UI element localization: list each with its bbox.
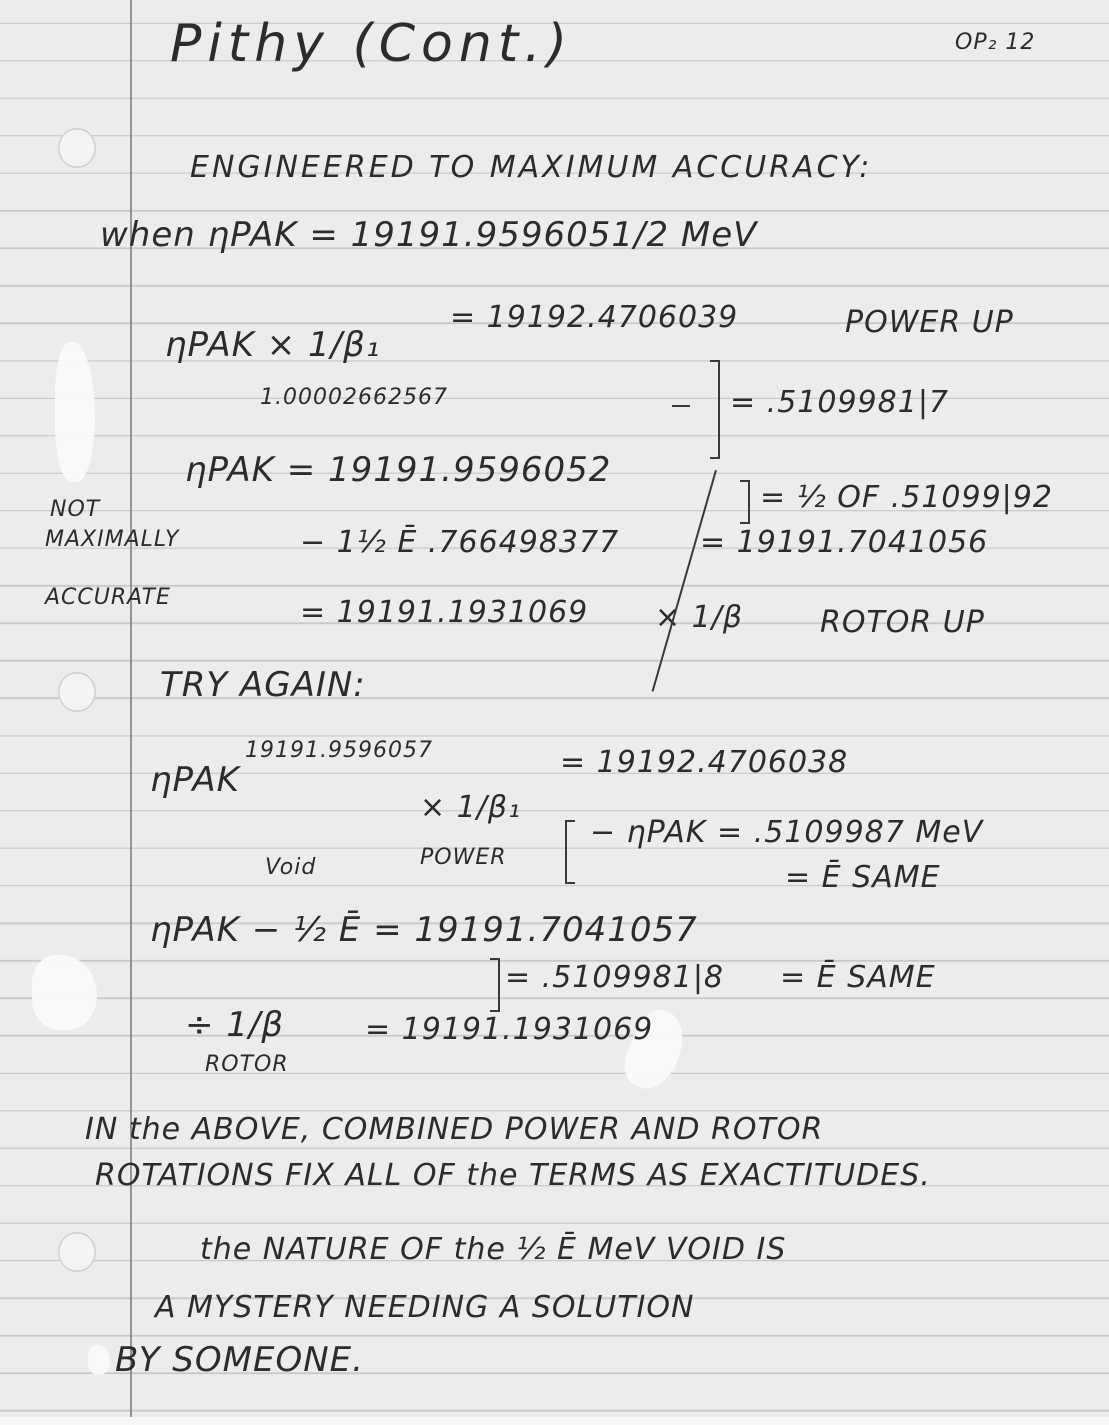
block1-result: = 19192.4706039 [450, 300, 738, 335]
block1-diff: = .5109981|7 [730, 385, 949, 420]
page-title: Pithy (Cont.) [170, 14, 573, 74]
page-edge [0, 1417, 1109, 1425]
block2-equals-line: = 19191.1931069 [300, 595, 588, 630]
block2-half-diff: = ½ OF .51099|92 [760, 480, 1053, 515]
margin-line [130, 0, 132, 1425]
block3-eta-label: ηPAK [150, 760, 240, 800]
when-line: when ηPAK = 19191.9596051/2 MeV [100, 215, 757, 255]
block2-minus-result: = 19191.7041056 [700, 525, 988, 560]
block3-times-beta: × 1/β₁ [420, 790, 521, 825]
binder-hole [58, 672, 96, 712]
side-note-line1: NOT [50, 497, 100, 522]
block4-rotor-label: ROTOR [205, 1052, 289, 1077]
block3-minus-eta: − ηPAK = .5109987 MeV [590, 815, 983, 850]
block4-e-same: = Ē SAME [780, 960, 936, 995]
whiteout-smudge [32, 955, 97, 1030]
minus-sign [672, 405, 690, 407]
closing-line1: the NATURE OF the ½ Ē MeV VOID IS [200, 1232, 786, 1267]
bracket [490, 958, 500, 1012]
block2-lhs: ηPAK = 19191.9596052 [185, 450, 611, 490]
block4-div-result: = 19191.1931069 [365, 1012, 653, 1047]
try-again-label: TRY AGAIN: [160, 665, 366, 705]
block2-rotor-note: ROTOR UP [820, 605, 985, 640]
block3-eta-value: 19191.9596057 [245, 738, 433, 763]
block2-minus-line: − 1½ Ē .766498377 [300, 525, 619, 560]
notebook-page: Pithy (Cont.) OP₂ 12 ENGINEERED TO MAXIM… [0, 0, 1109, 1425]
side-note-line3: ACCURATE [45, 585, 171, 610]
block3-result: = 19192.4706038 [560, 745, 848, 780]
block4-diff: = .5109981|8 [505, 960, 724, 995]
block3-power-label: POWER [420, 845, 507, 870]
block1-note: POWER UP [845, 305, 1014, 340]
block3-e-same: = Ē SAME [785, 860, 941, 895]
block4-div-beta: ÷ 1/β [185, 1005, 284, 1045]
brace [565, 820, 575, 884]
side-note-line2: MAXIMALLY [45, 527, 179, 552]
closing-line3: BY SOMEONE. [115, 1340, 364, 1380]
whiteout-smudge [55, 342, 95, 482]
binder-hole [58, 1232, 96, 1272]
page-reference: OP₂ 12 [955, 30, 1035, 55]
bracket [740, 480, 750, 524]
whiteout-smudge [88, 1345, 110, 1375]
block4-lhs: ηPAK − ½ Ē = 19191.7041057 [150, 910, 698, 950]
closing-line2: A MYSTERY NEEDING A SOLUTION [155, 1290, 694, 1325]
conclusion-line2: ROTATIONS FIX ALL OF the TERMS AS EXACTI… [95, 1158, 931, 1193]
conclusion-line1: IN the ABOVE, COMBINED POWER AND ROTOR [85, 1112, 823, 1147]
block1-lhs: ηPAK × 1/β₁ [165, 325, 380, 365]
binder-hole [58, 128, 96, 168]
division-slash [652, 470, 717, 692]
bracket [710, 360, 720, 459]
block1-beta-value: 1.00002662567 [260, 385, 448, 410]
block3-void-label: Void [265, 855, 316, 880]
heading: ENGINEERED TO MAXIMUM ACCURACY: [190, 150, 872, 185]
